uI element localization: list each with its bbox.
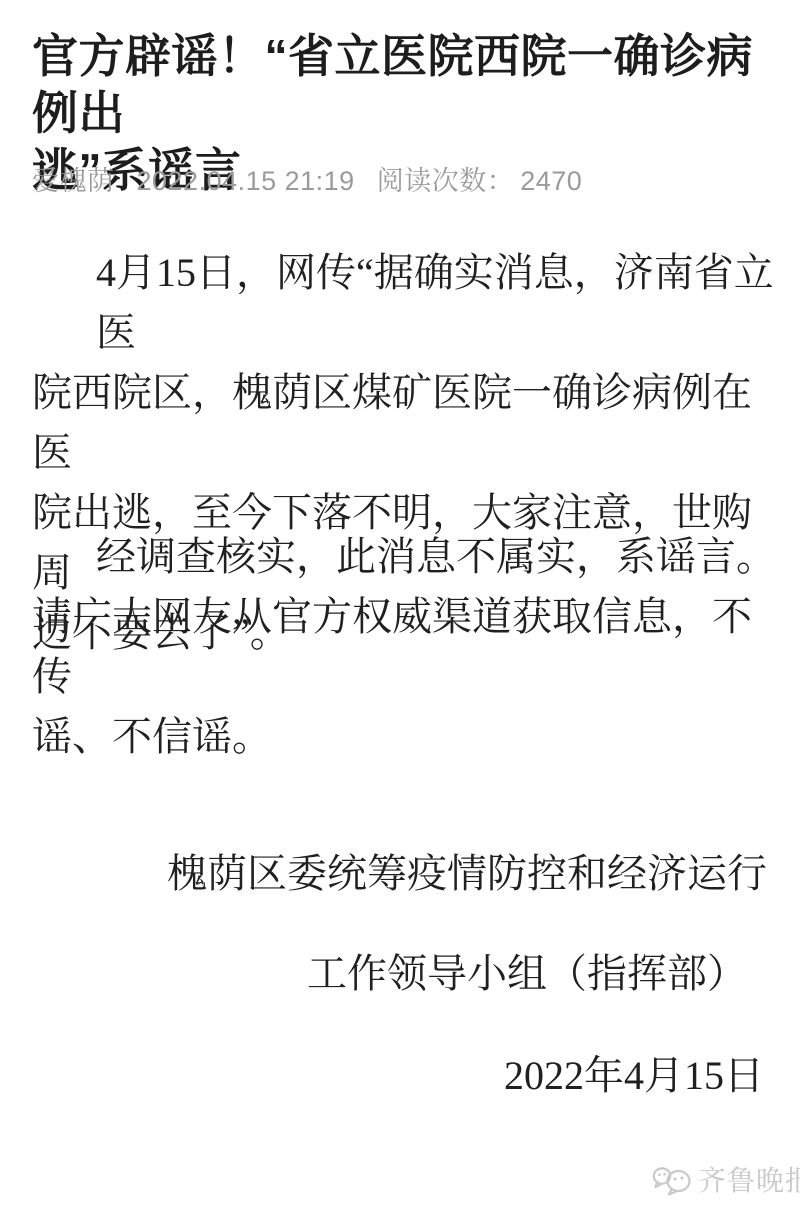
views-count: 2470	[520, 166, 582, 196]
author-name: 爱槐荫	[32, 166, 115, 196]
paragraph-refutation: 经调查核实，此消息不属实，系谣言。 请广大网友从官方权威渠道获取信息，不传 谣、…	[32, 527, 777, 767]
publisher-name: 齐鲁晚报	[698, 1164, 800, 1198]
paragraph-line: 4月15日，网传“据确实消息，济南省立医	[32, 243, 777, 363]
paragraph-line: 谣、不信谣。	[32, 707, 777, 767]
paragraph-line: 请广大网友从官方权威渠道获取信息，不传	[32, 587, 777, 707]
chat-bubbles-logo-icon	[651, 1164, 693, 1198]
paragraph-line: 院西院区，槐荫区煤矿医院一确诊病例在医	[32, 363, 777, 483]
paragraph-line: 经调查核实，此消息不属实，系谣言。	[32, 527, 777, 587]
signature-org-line-1: 槐荫区委统筹疫情防控和经济运行	[0, 844, 800, 904]
article-page: 官方辟谣！“省立医院西院一确诊病例出 逃”系谣言 爱槐荫2022.04.15 2…	[0, 0, 800, 1221]
page-title-line-1: 官方辟谣！“省立医院西院一确诊病例出	[32, 28, 782, 142]
publisher-watermark: 齐鲁晚报	[651, 1164, 800, 1198]
article-meta: 爱槐荫2022.04.15 21:19阅读次数：2470	[32, 164, 582, 198]
signature-date: 2022年4月15日	[0, 1046, 800, 1106]
publish-datetime: 2022.04.15 21:19	[137, 166, 355, 196]
views-label: 阅读次数：	[377, 166, 515, 196]
signature-org-line-2: 工作领导小组（指挥部）	[0, 944, 800, 1004]
